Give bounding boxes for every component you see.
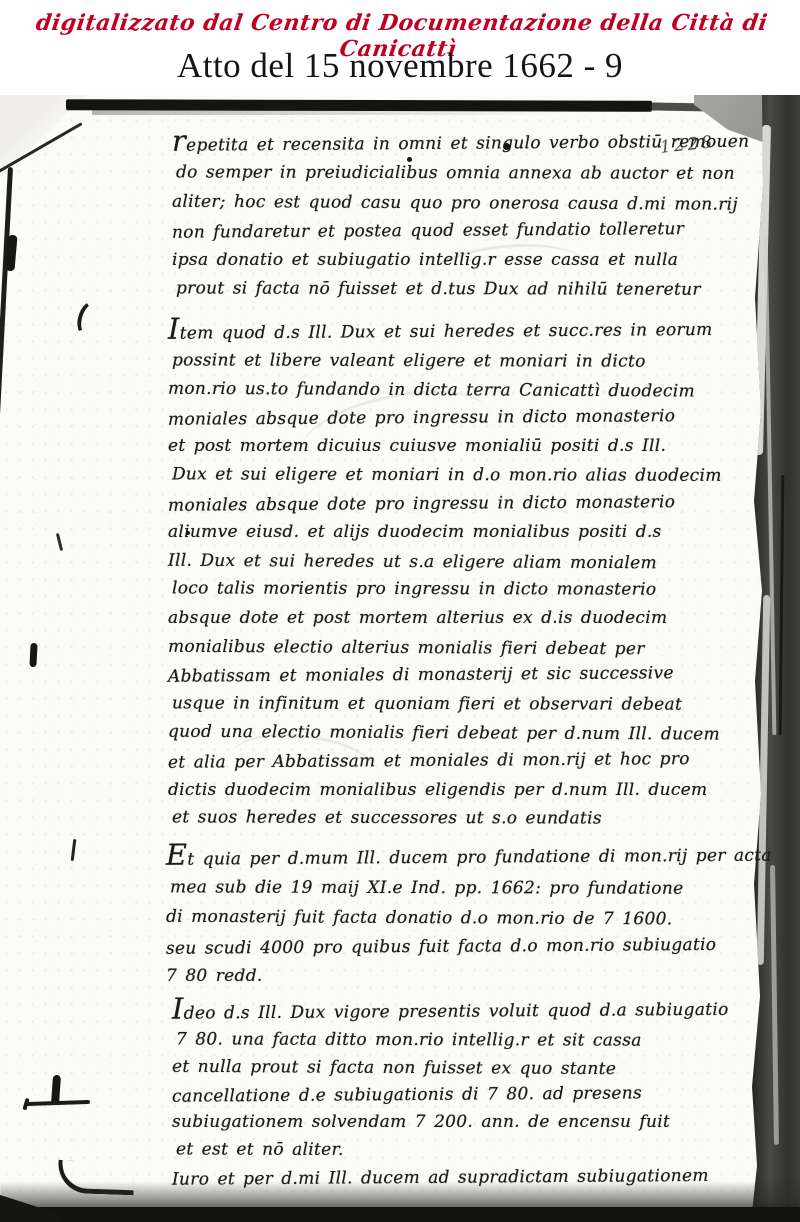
edge-ink-blob [5, 235, 17, 272]
manuscript-line: di monasterij fuit facta donatio d.o mon… [166, 903, 662, 935]
edge-ink-blob [29, 643, 37, 667]
manuscript-line: moniales absque dote pro ingressu in dic… [168, 402, 660, 434]
scanned-manuscript-page: 1228 repetita et recensita in omni et si… [0, 95, 800, 1222]
page-header: digitalizzato dal Centro di Documentazio… [0, 0, 800, 95]
document-title: Atto del 15 novembre 1662 - 9 [0, 46, 800, 86]
manuscript-line: prout si facta nō fuisset et d.tus Dux a… [176, 274, 662, 304]
manuscript-line: mea sub die 19 maij XI.e Ind. pp. 1662: … [170, 873, 666, 904]
manuscript-line: Et quia per d.mum Ill. ducem pro fundati… [166, 841, 662, 875]
manuscript-paragraph: Item quod d.s Ill. Dux et sui heredes et… [168, 317, 660, 833]
manuscript-line: monialibus electio alterius monialis fie… [168, 632, 660, 663]
manuscript-paragraph: Ideo d.s Ill. Dux vigore presentis volui… [172, 997, 646, 1192]
manuscript-line: do semper in preiudicialibus omnia annex… [176, 158, 662, 188]
binding-mark [73, 299, 105, 340]
manuscript-line: repetita et recensita in omni et singulo… [172, 127, 658, 160]
binding-streak [779, 475, 785, 735]
manuscript-line: moniales absque dote pro ingressu in dic… [168, 488, 660, 520]
edge-cross-mark [26, 1100, 90, 1106]
manuscript-line: subiugationem solvendam 7 200. ann. de e… [172, 1109, 646, 1137]
manuscript-paragraph: repetita et recensita in omni et singulo… [172, 129, 658, 304]
manuscript-line: Dux et sui eligere et moniari in d.o mon… [172, 460, 664, 490]
manuscript-line: Ideo d.s Ill. Dux vigore presentis volui… [172, 995, 646, 1028]
manuscript-line: dictis duodecim monialibus eligendis per… [168, 776, 660, 805]
binding-edge-right [750, 95, 800, 1222]
binding-streak [757, 595, 770, 965]
top-edge-smudge [92, 110, 572, 115]
page-bottom-edge [0, 1207, 800, 1222]
manuscript-line: cancellatione d.e subiugationis di 7 80.… [172, 1080, 646, 1111]
manuscript-line: Abbatissam et moniales di monasterij et … [168, 659, 660, 691]
manuscript-line: non fundaretur et postea quod esset fund… [172, 215, 658, 247]
manuscript-line: et suos heredes et successores ut s.o eu… [172, 803, 664, 833]
manuscript-line: Iuro et per d.mi Ill. ducem ad supradict… [172, 1163, 646, 1194]
binding-mark [71, 839, 77, 861]
manuscript-line: absque dote et post mortem alterius ex d… [168, 604, 660, 633]
binding-streak [770, 865, 779, 1145]
manuscript-line: aliumve eiusd. et alijs duodecim moniali… [168, 518, 660, 547]
manuscript-line: seu scudi 4000 pro quibus fuit facta d.o… [166, 931, 662, 964]
manuscript-line: loco talis morientis pro ingressu in dic… [172, 575, 664, 605]
manuscript-line: mon.rio us.to fundando in dicta terra Ca… [168, 375, 660, 406]
manuscript-line: ipsa donatio et subiugatio intellig.r es… [172, 246, 658, 275]
manuscript-line: aliter; hoc est quod casu quo pro oneros… [172, 188, 658, 220]
manuscript-line: et nulla prout si facta non fuisset ex q… [172, 1054, 646, 1084]
manuscript-line: et post mortem dicuius cuiusve monialiū … [168, 432, 660, 461]
manuscript-line: possint et libere valeant eligere et mon… [172, 346, 664, 376]
manuscript-line: usque in infinitum et quoniam fieri et o… [172, 689, 664, 719]
manuscript-line: quod una electio monialis fieri debeat p… [168, 718, 660, 749]
manuscript-line: 7 80 redd. [166, 962, 662, 992]
manuscript-line: et est et nō aliter. [176, 1136, 650, 1165]
binding-mark [56, 533, 63, 551]
manuscript-line: et alia per Abbatissam et moniales di mo… [168, 745, 660, 777]
manuscript-line: Item quod d.s Ill. Dux et sui heredes et… [168, 315, 660, 348]
manuscript-paragraph: Et quia per d.mum Ill. ducem pro fundati… [166, 843, 662, 992]
manuscript-line: Ill. Dux et sui heredes ut s.a eligere a… [168, 546, 660, 577]
page-left-edge [0, 167, 13, 1178]
manuscript-line: 7 80. una facta ditto mon.rio intellig.r… [176, 1026, 650, 1055]
